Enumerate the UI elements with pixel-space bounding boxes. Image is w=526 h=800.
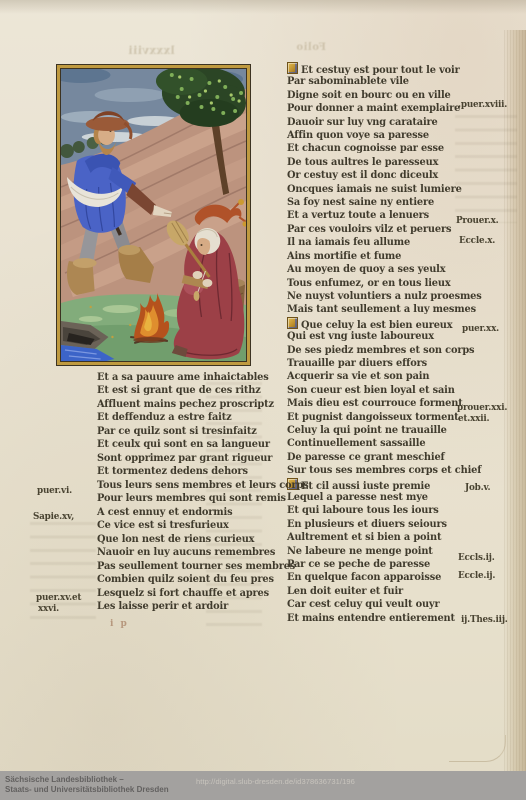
verse-text: A cest ennuy et endormis [97,507,232,518]
verse-text: Mais dieu est courrouce forment [287,398,463,409]
margin-note: .puer.xviii. [458,100,507,110]
verse-text: Tous enfumez, or en tous lieux [287,278,451,289]
verse-line: Au moyen de quoy a ses yeulx [287,263,479,276]
verse-text: Il na iamais feu allume [287,237,410,248]
verse-text: Trauaille par diuers effors [287,358,427,369]
verse-line: Et chacun cognoisse par esse [287,142,479,155]
verse-text: Et est si grant que de ces rithz [97,385,261,396]
verse-line: Par sabominablete vile [287,75,479,88]
verse-line: Dauoir sur luy vng carataire [287,116,479,129]
verse-line: Celuy la qui point ne trauaille [287,424,479,437]
margin-note: et.xxii. [458,414,489,424]
verse-text: Par ces vouloirs vilz et peruers [287,224,451,235]
margin-note: Job.v. [465,483,490,493]
verse-text: En plusieurs et diuers seiours [287,519,447,530]
miniature-illustration [56,64,251,366]
illuminated-initial [287,62,298,74]
verse-line: Trauaille par diuers effors [287,357,479,370]
verse-line: Sont opprimez par grant rigueur [97,452,277,465]
verse-line: Et cestuy est pour tout le voir [287,62,479,75]
verse-text: Et chacun cognoisse par esse [287,143,444,154]
verse-text: Pas seullement tourner ses membres [97,561,295,572]
verse-line: En plusieurs et diuers seiours [287,518,479,531]
verse-text: Digne soit en bourc ou en ville [287,90,451,101]
verse-line: Pour donner a maint exemplaire [287,102,479,115]
book-fore-edge [504,30,526,771]
verse-line: Par ce se peche de paresse [287,558,479,571]
verse-text: Et tormentez dedens dehors [97,466,248,477]
margin-note: Eccle.x. [459,236,495,246]
verse-line: Et cil aussi iuste premie [287,478,479,491]
margin-note: Prouer.x. [456,216,499,226]
verse-text: Que celuy la est bien eureux [301,320,452,331]
verse-line: Ce vice est si tresfurieux [97,519,277,532]
verse-line: De tous aultres le paresseux [287,156,479,169]
verse-text: Lequel a paresse nest mye [287,492,428,503]
margin-note: puer.vi. [37,486,72,496]
verse-line: Mais tant seullement a luy mesmes [287,303,479,316]
parchment-page: Folio lxxxviii [0,0,526,800]
verse-line: Continuellement sassaille [287,437,479,450]
verse-line: Sa foy nest saine ny entiere [287,196,479,209]
verse-text: Et ceulx qui sont en sa langueur [97,439,270,450]
verse-line: Et tormentez dedens dehors [97,465,277,478]
margin-note: prouer.xxi. [457,403,507,413]
verse-line: Par ce quilz sont si tresinfaitz [97,425,277,438]
verse-text: Acquerir sa vie et son pain [287,371,429,382]
verse-text: Mais tant seullement a luy mesmes [287,304,476,315]
verse-line: Pour leurs membres qui sont remis [97,492,277,505]
verse-line: Nauoir en luy aucuns remembres [97,546,277,559]
verse-text: Affluent mains pechez proscriptz [97,399,274,410]
verse-line: Or cestuy est il donc diceulx [287,169,479,182]
verse-text: Et mains entendre entierement [287,613,455,624]
verse-line: Et a sa pauure ame inhaictables [97,371,277,384]
margin-note: Eccle.ij. [458,571,495,581]
verse-text: Lesquelz si fort chauffe et apres [97,588,269,599]
verse-text: Ains mortifie et fume [287,251,401,262]
verse-line: Digne soit en bourc ou en ville [287,89,479,102]
verse-text: Affin quon voye sa paresse [287,130,429,141]
verse-line: Pas seullement tourner ses membres [97,560,277,573]
verse-line: Len doit euiter et fuir [287,585,479,598]
verse-line: De paresse ce grant meschief [287,451,479,464]
verse-line: Tous leurs sens membres et leurs corps [97,479,277,492]
verse-line: Il na iamais feu allume [287,236,479,249]
verse-line: Son cueur est bien loyal et sain [287,384,479,397]
verse-text: Dauoir sur luy vng carataire [287,117,438,128]
verse-text: De paresse ce grant meschief [287,452,445,463]
verse-text: Ne labeure ne menge point [287,546,433,557]
verse-line: Qui est vng iuste laboureux [287,330,479,343]
verse-line: Et qui laboure tous les iours [287,504,479,517]
verse-text: Ce vice est si tresfurieux [97,520,229,531]
library-name: Sächsische Landesbibliothek – Staats- un… [5,775,169,795]
verse-text: Sa foy nest saine ny entiere [287,197,434,208]
verse-text: Et deffenduz a estre faitz [97,412,232,423]
verse-line: Et est si grant que de ces rithz [97,384,277,397]
right-text-column: Et cestuy est pour tout le voir Par sabo… [287,62,479,625]
verse-text: Son cueur est bien loyal et sain [287,385,455,396]
verse-line: Ne nuyst voluntiers a nulz proesmes [287,290,479,303]
verse-text: Continuellement sassaille [287,438,425,449]
verse-line: Mais dieu est courrouce forment [287,397,479,410]
miniature-frame [60,68,247,362]
verse-line: Que celuy la est bien eureux [287,317,479,330]
margin-note: puer.xx. [462,324,499,334]
verse-line: Et ceulx qui sont en sa langueur [97,438,277,451]
verse-line: Oncques iamais ne suist lumiere [287,183,479,196]
verse-text: Celuy la qui point ne trauaille [287,425,447,436]
verse-text: Len doit euiter et fuir [287,586,403,597]
verse-line: Et pugnist dangoisseux torment [287,411,479,424]
verse-line: Et a vertuz toute a lenuers [287,209,479,222]
verse-text: Or cestuy est il donc diceulx [287,170,438,181]
verse-text: Et a sa pauure ame inhaictables [97,372,269,383]
quire-signature: i p [110,619,129,629]
verse-line: Les laisse perir et ardoir [97,600,277,613]
verse-line: Et deffenduz a estre faitz [97,411,277,424]
verse-text: Les laisse perir et ardoir [97,601,228,612]
verse-line: Par ces vouloirs vilz et peruers [287,223,479,236]
miniature-scene [61,69,246,361]
margin-note: puer.xv.et [36,593,81,603]
library-name-line1: Sächsische Landesbibliothek – [5,775,169,785]
verse-line: Affin quon voye sa paresse [287,129,479,142]
verse-text: Et qui laboure tous les iours [287,505,439,516]
verse-text: Et cestuy est pour tout le voir [301,65,460,76]
verse-text: Sont opprimez par grant rigueur [97,453,272,464]
verse-text: De ses piedz membres et son corps [287,345,474,356]
verse-line: Combien quilz soient du feu pres [97,573,277,586]
verse-line: Ne labeure ne menge point [287,545,479,558]
footer-bar: Sächsische Landesbibliothek – Staats- un… [0,771,526,800]
verse-text: Car cest celuy qui veult ouyr [287,599,440,610]
verse-line: En quelque facon apparoisse [287,571,479,584]
verse-text: Au moyen de quoy a ses yeulx [287,264,445,275]
verse-text: Aultrement et si bien a point [287,532,441,543]
library-name-line2: Staats- und Universitätsbibliothek Dresd… [5,785,169,795]
verse-line: A cest ennuy et endormis [97,506,277,519]
verse-text: Tous leurs sens membres et leurs corps [97,480,309,491]
verse-text: Nauoir en luy aucuns remembres [97,547,275,558]
verse-line: Affluent mains pechez proscriptz [97,398,277,411]
verse-text: Pour leurs membres qui sont remis [97,493,286,504]
verse-text: De tous aultres le paresseux [287,157,438,168]
verse-text: Par ce quilz sont si tresinfaitz [97,426,257,437]
verse-line: Acquerir sa vie et son pain [287,370,479,383]
verse-line: Et mains entendre entierement [287,612,479,625]
illuminated-initial [287,317,298,329]
showthrough-folio-label: Folio [296,42,326,53]
verse-text: Que lon nest de riens curieux [97,534,254,545]
verse-text: Sur tous ses membres corps et chief [287,465,481,476]
verse-text: Combien quilz soient du feu pres [97,574,274,585]
verse-line: Aultrement et si bien a point [287,531,479,544]
verse-text: Pour donner a maint exemplaire [287,103,460,114]
verse-text: Par ce se peche de paresse [287,559,430,570]
verse-text: Et a vertuz toute a lenuers [287,210,429,221]
verse-text: Qui est vng iuste laboureux [287,331,434,342]
showthrough-folio-number: lxxxviii [128,44,175,57]
verse-line: Lequel a paresse nest mye [287,491,479,504]
margin-note: Sapie.xv, [33,512,74,522]
verse-text: En quelque facon apparoisse [287,572,441,583]
verse-text: Par sabominablete vile [287,76,409,87]
verse-line: Ains mortifie et fume [287,250,479,263]
verse-text: Oncques iamais ne suist lumiere [287,184,462,195]
margin-note: ij.Thes.iij. [461,615,508,625]
verse-text: Ne nuyst voluntiers a nulz proesmes [287,291,482,302]
verse-line: Sur tous ses membres corps et chief [287,464,479,477]
left-text-column: Et a sa pauure ame inhaictables Et est s… [97,371,277,613]
page-corner-curl [449,735,506,762]
document-url: http://digital.slub-dresden.de/id3786367… [196,777,355,786]
photo-top-shadow [0,0,526,14]
verse-line: Car cest celuy qui veult ouyr [287,598,479,611]
verse-line: Lesquelz si fort chauffe et apres [97,587,277,600]
margin-note: xxvi. [38,604,59,614]
verse-line: De ses piedz membres et son corps [287,344,479,357]
verse-line: Que lon nest de riens curieux [97,533,277,546]
verse-text: Et pugnist dangoisseux torment [287,412,459,423]
verse-text: Et cil aussi iuste premie [301,481,430,492]
margin-note: Eccls.ij. [458,553,495,563]
verse-line: Tous enfumez, or en tous lieux [287,277,479,290]
